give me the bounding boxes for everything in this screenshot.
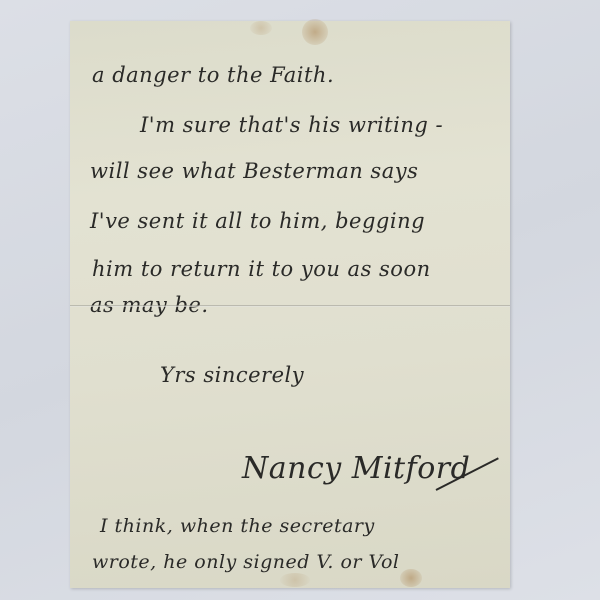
stain [302, 19, 328, 45]
letter-line: I've sent it all to him, begging [90, 209, 425, 233]
letter-line: I'm sure that's his writing - [140, 113, 443, 137]
postscript-line: I think, when the secretary [100, 515, 375, 537]
letter-line: will see what Besterman says [90, 159, 418, 183]
postscript-line: wrote, he only signed V. or Vol [92, 551, 400, 573]
letter-signature: Nancy Mitford [242, 451, 470, 486]
letter-closing: Yrs sincerely [160, 363, 304, 387]
letter-line: a danger to the Faith. [92, 63, 334, 87]
letter-line: him to return it to you as soon [92, 257, 431, 281]
stain [400, 569, 422, 587]
stain [250, 21, 272, 35]
letter-page: a danger to the Faith. I'm sure that's h… [70, 21, 510, 588]
fold-crease [70, 305, 510, 307]
stain [280, 573, 310, 587]
